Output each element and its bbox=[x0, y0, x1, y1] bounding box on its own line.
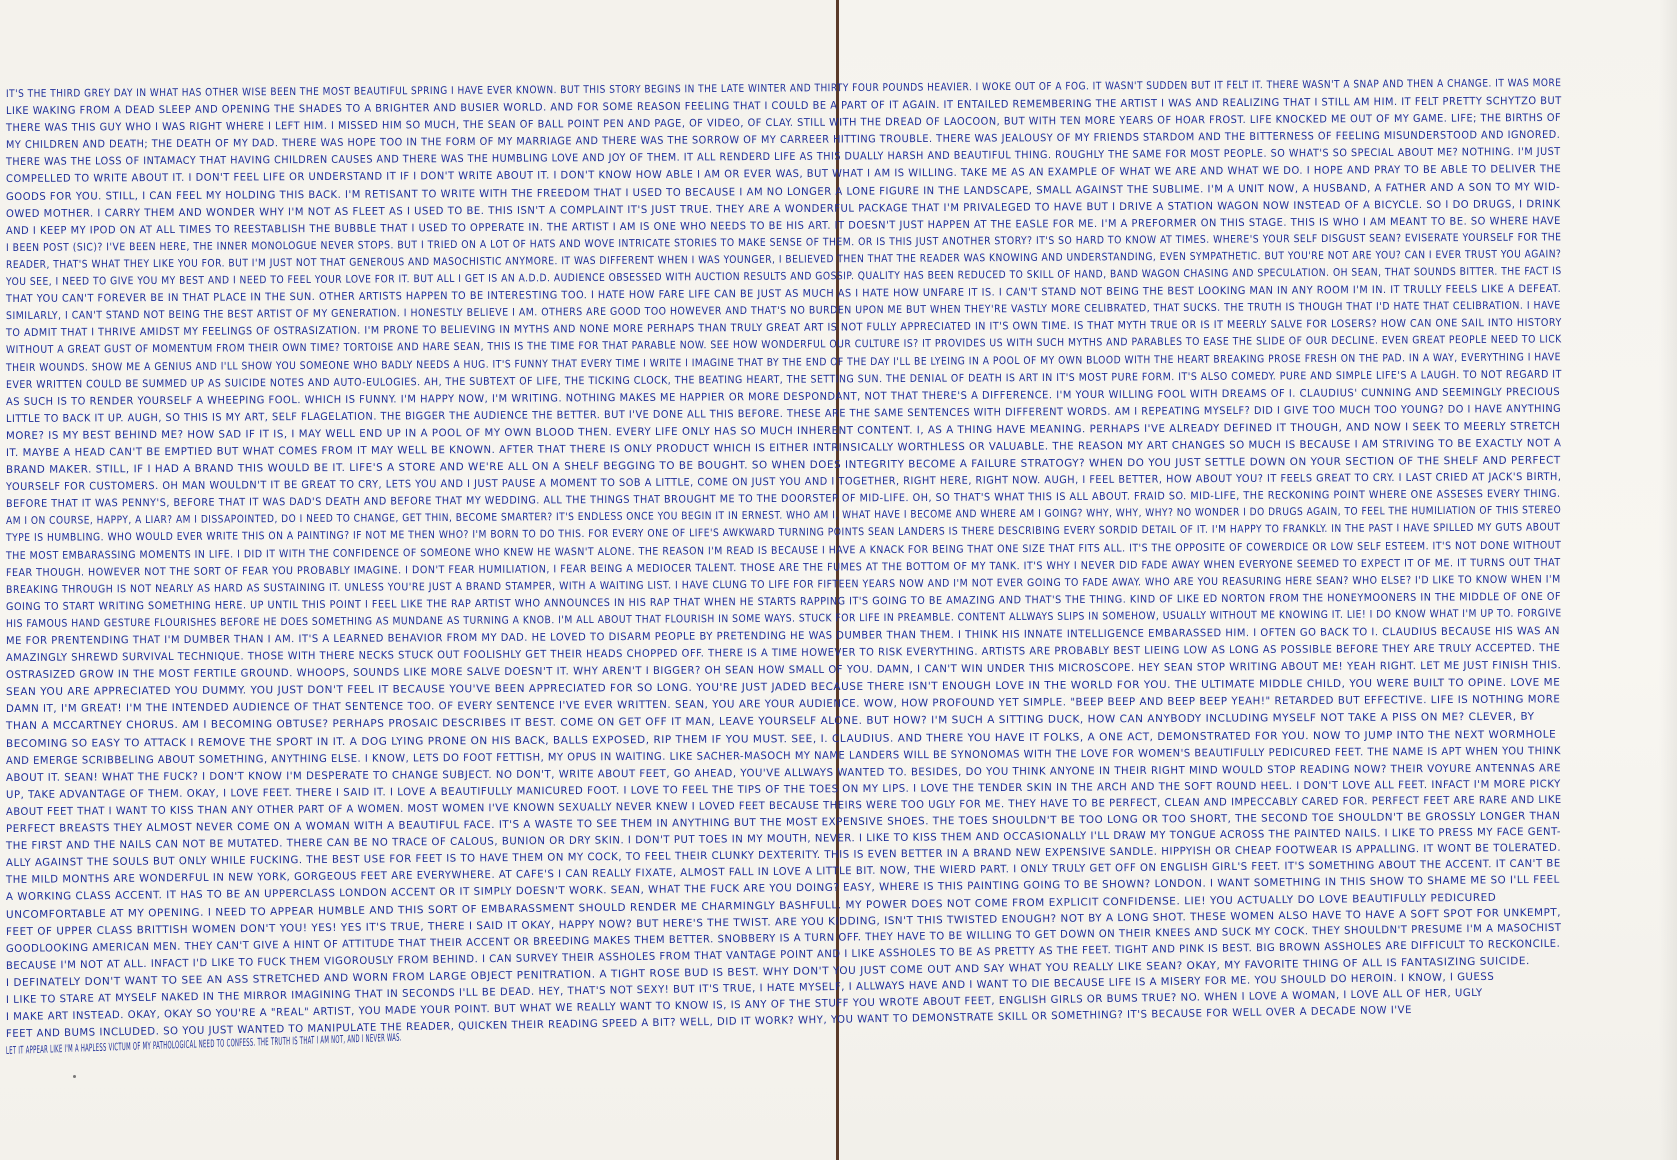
painting-canvas: It's the third grey day in what has othe… bbox=[0, 0, 1677, 1160]
canvas-edge-shadow bbox=[1659, 0, 1677, 1160]
canvas-speck bbox=[73, 1075, 76, 1078]
handwritten-text-block: It's the third grey day in what has othe… bbox=[6, 86, 1551, 1060]
